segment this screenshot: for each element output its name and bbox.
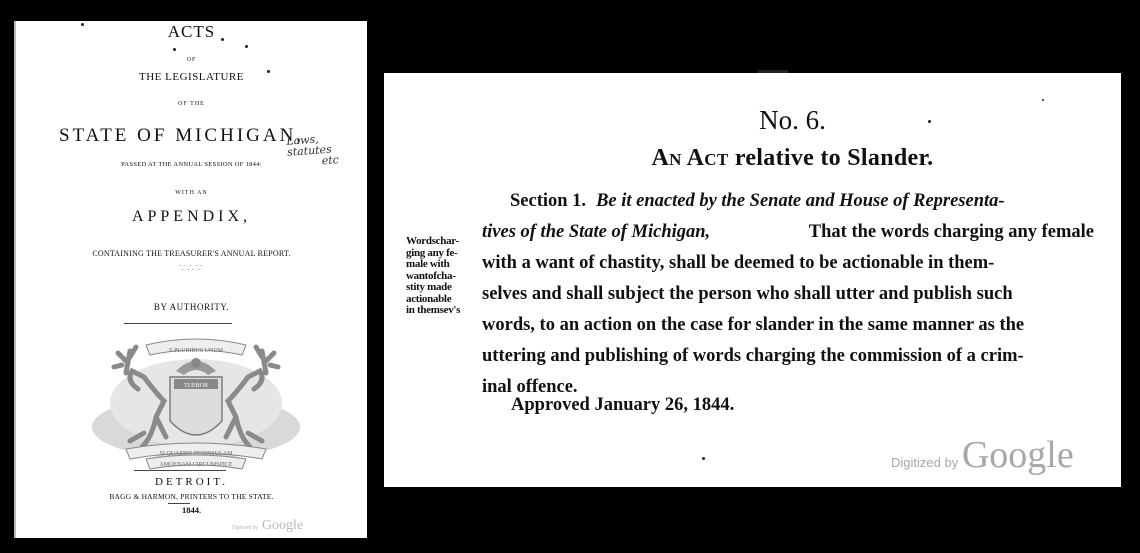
body-text: That the words charging any female [809,217,1094,248]
body-text: uttering and publishing of words chargin… [482,341,1024,372]
body-text: words, to an action on the case for slan… [482,310,1024,341]
enacting-clause: Be it enacted by the Senate and House of… [596,186,1005,217]
title-acts: ACTS [16,22,367,42]
ink-speck [173,48,176,51]
margin-note: Wordschar- ging any fe- male with wantof… [406,236,486,317]
enacting-clause-cont: tives of the State of Michigan, [482,217,710,248]
michigan-seal-icon: E PLURIBUS UNUM TUEBOR SI QUAERIS PENINS… [86,337,306,473]
act-title: An Act relative to Slander. [384,145,1121,172]
title-of: OF [16,57,367,63]
svg-text:TUEBOR: TUEBOR [184,383,208,389]
title-legislature: THE LEGISLATURE [16,71,367,83]
margin-note-line: stity made [406,282,486,294]
ink-speck [928,120,931,123]
imprint-printers: BAGG & HARMON, PRINTERS TO THE STATE. [16,492,367,501]
appendix-heading: APPENDIX, [16,208,367,226]
body-line: words, to an action on the case for slan… [482,310,1094,341]
act-number: No. 6. [384,105,1121,136]
watermark-by: Digitized by [891,455,962,470]
passed-session: PASSED AT THE ANNUAL SESSION OF 1844: [16,161,367,168]
watermark-by: Digitized by [232,525,258,531]
body-line: uttering and publishing of words chargin… [482,341,1094,372]
title-page: ACTS OF THE LEGISLATURE OF THE STATE OF … [14,21,367,538]
body-text: selves and shall subject the person who … [482,279,1013,310]
body-line: with a want of chastity, shall be deemed… [482,248,1094,279]
body-line: tives of the State of Michigan, That the… [482,217,1094,248]
body-line: selves and shall subject the person who … [482,279,1094,310]
watermark-brand: Google [262,518,303,533]
act-title-prefix: An Act [651,145,728,171]
google-watermark-small: Digitized by Google [232,516,303,534]
ink-speck [1042,99,1044,101]
margin-note-line: in themsev's [406,305,486,317]
divider-rule [124,323,232,324]
ornament: ∵∴∵ [16,263,367,274]
divider-rule-bottom [134,470,226,471]
act-title-rest: relative to Slander. [729,145,934,171]
act-body: Section 1. Be it enacted by the Senate a… [482,186,1094,403]
svg-text:AMOENAM CIRCUMSPICE: AMOENAM CIRCUMSPICE [159,462,233,468]
with-an: WITH AN [16,190,367,196]
top-rule [758,70,788,73]
containing-line: CONTAINING THE TREASURER'S ANNUAL REPORT… [16,249,367,258]
margin-note-line: Wordschar- [406,236,486,248]
by-authority: BY AUTHORITY. [16,302,367,312]
ink-speck [267,70,270,73]
act-page: No. 6. An Act relative to Slander. Words… [384,73,1121,487]
ink-speck [702,457,705,460]
google-watermark: Digitized by Google [891,433,1074,477]
ink-speck [81,23,84,26]
body-line: Section 1. Be it enacted by the Senate a… [482,186,1094,217]
body-text: with a want of chastity, shall be deemed… [482,248,994,279]
watermark-brand: Google [962,434,1074,476]
svg-text:E PLURIBUS UNUM: E PLURIBUS UNUM [169,348,224,354]
margin-note-line: male with [406,259,486,271]
year-rule [168,503,190,504]
imprint-year: 1844. [16,505,367,515]
approval-date: Approved January 26, 1844. [511,395,734,416]
section-label: Section 1. [510,186,586,217]
ink-speck [245,45,248,48]
ink-speck [221,38,224,41]
title-of-the: OF THE [16,101,367,107]
imprint-city: DETROIT. [16,476,367,488]
